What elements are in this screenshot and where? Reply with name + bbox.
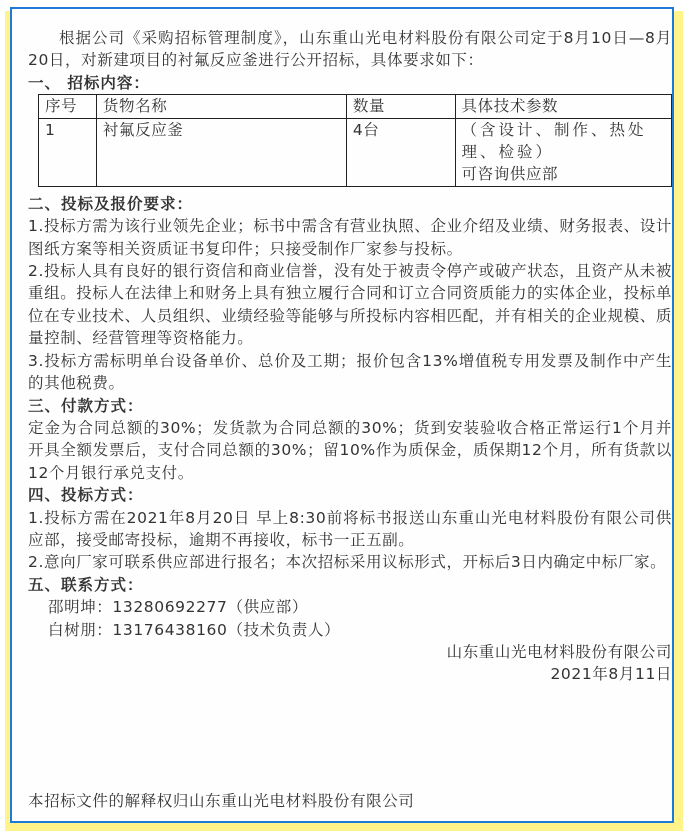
- section-5-title: 五、联系方式：: [28, 574, 672, 596]
- section-4-title: 四、投标方式：: [28, 484, 672, 506]
- signature-company: 山东重山光电材料股份有限公司: [28, 641, 672, 663]
- section-1-title: 一、 招标内容：: [28, 72, 672, 94]
- header-name: 货物名称: [96, 95, 346, 118]
- bid-items-table: 序号 货物名称 数量 具体技术参数 1 衬氟反应釜 4台 （含设计、制作、热处理…: [38, 94, 672, 187]
- header-qty: 数量: [346, 95, 455, 118]
- cell-spec: （含设计、制作、热处理、检验） 可咨询供应部: [455, 118, 671, 186]
- announcement-card: 根据公司《采购招标管理制度》，山东重山光电材料股份有限公司定于8月10日—8月2…: [10, 7, 674, 823]
- section-3-title: 三、付款方式：: [28, 395, 672, 417]
- table-row: 1 衬氟反应釜 4台 （含设计、制作、热处理、检验） 可咨询供应部: [39, 118, 672, 186]
- section-2-item-2: 2.投标人具有良好的银行资信和商业信誉，没有处于被责令停产或破产状态，且资产从未…: [28, 260, 672, 350]
- header-spec: 具体技术参数: [455, 95, 671, 118]
- section-2-item-1: 1.投标方需为该行业领先企业；标书中需含有营业执照、企业介绍及业绩、财务报表、设…: [28, 215, 672, 260]
- section-4-item-2: 2.意向厂家可联系供应部进行报名；本次招标采用议标形式，开标后3日内确定中标厂家…: [28, 551, 672, 573]
- header-no: 序号: [39, 95, 97, 118]
- spec-line-2: 可咨询供应部: [462, 163, 665, 185]
- section-4-item-1: 1.投标方需在2021年8月20日 早上8:30前将标书报送山东重山光电材料股份…: [28, 507, 672, 552]
- contact-2: 白树朋：13176438160（技术负责人）: [28, 619, 672, 641]
- cell-name: 衬氟反应釜: [96, 118, 346, 186]
- signature-date: 2021年8月11日: [28, 663, 672, 685]
- table-header-row: 序号 货物名称 数量 具体技术参数: [39, 95, 672, 118]
- cell-no: 1: [39, 118, 97, 186]
- section-2-title: 二、投标及报价要求：: [28, 193, 672, 215]
- footer-note: 本招标文件的解释权归山东重山光电材料股份有限公司: [28, 789, 414, 811]
- section-2-item-3: 3.投标方需标明单台设备单价、总价及工期；报价包含13%增值税专用发票及制作中产…: [28, 350, 672, 395]
- spec-line-1: （含设计、制作、热处理、检验）: [462, 119, 665, 164]
- contact-1: 邵明坤：13280692277（供应部）: [28, 596, 672, 618]
- cell-qty: 4台: [346, 118, 455, 186]
- section-3-text: 定金为合同总额的30%；发货款为合同总额的30%；货到安装验收合格正常运行1个月…: [28, 417, 672, 484]
- intro-paragraph: 根据公司《采购招标管理制度》，山东重山光电材料股份有限公司定于8月10日—8月2…: [28, 27, 672, 72]
- announcement-content: 根据公司《采购招标管理制度》，山东重山光电材料股份有限公司定于8月10日—8月2…: [28, 27, 672, 686]
